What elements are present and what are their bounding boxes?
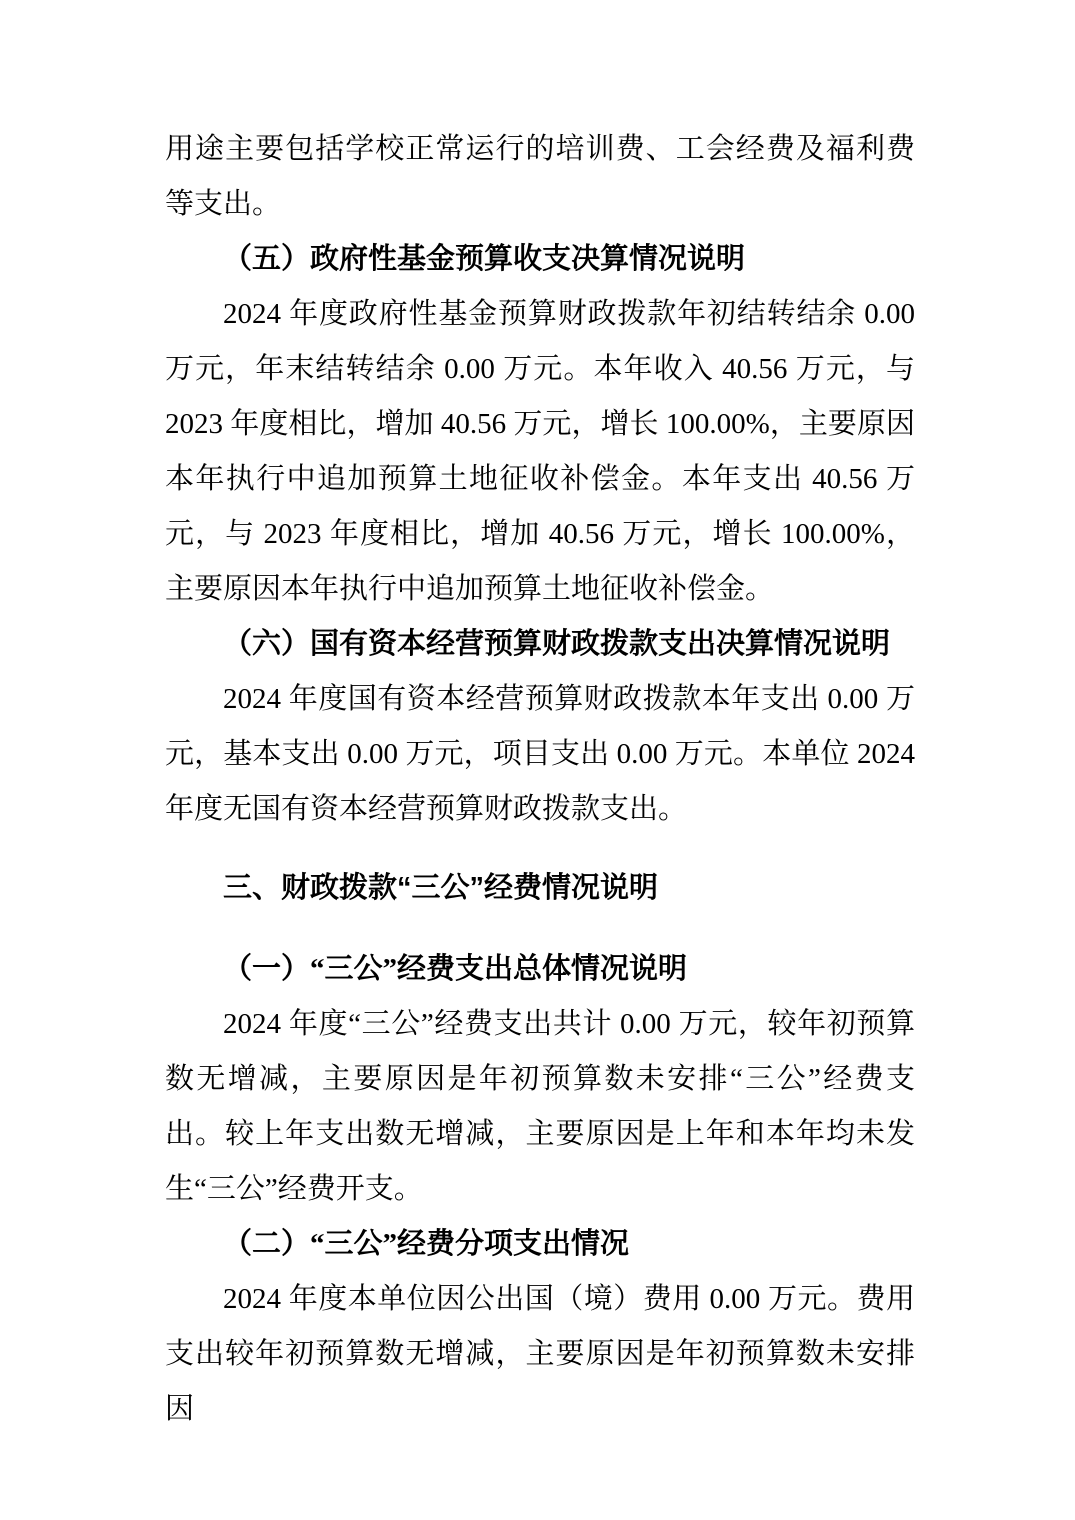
para-state-capital-budget-details: 2024 年度国有资本经营预算财政拨款本年支出 0.00 万元，基本支出 0.0… (165, 672, 915, 837)
document-page: 用途主要包括学校正常运行的培训费、工会经费及福利费等支出。 （五）政府性基金预算… (0, 0, 1075, 1520)
heading-section-1-three-public-overall: （一）“三公”经费支出总体情况说明 (165, 942, 915, 997)
para-continuation-union-welfare: 用途主要包括学校正常运行的培训费、工会经费及福利费等支出。 (165, 122, 915, 232)
heading-section-5-gov-fund-budget: （五）政府性基金预算收支决算情况说明 (165, 232, 915, 287)
para-three-public-itemized-details: 2024 年度本单位因公出国（境）费用 0.00 万元。费用支出较年初预算数无增… (165, 1272, 915, 1437)
para-gov-fund-budget-details: 2024 年度政府性基金预算财政拨款年初结转结余 0.00 万元，年末结转结余 … (165, 287, 915, 617)
heading-part-3-three-public-funds: 三、财政拨款“三公”经费情况说明 (165, 861, 915, 916)
heading-section-6-state-capital-budget: （六）国有资本经营预算财政拨款支出决算情况说明 (165, 617, 915, 672)
para-three-public-overall-details: 2024 年度“三公”经费支出共计 0.00 万元，较年初预算数无增减，主要原因… (165, 997, 915, 1217)
heading-section-2-three-public-itemized: （二）“三公”经费分项支出情况 (165, 1217, 915, 1272)
